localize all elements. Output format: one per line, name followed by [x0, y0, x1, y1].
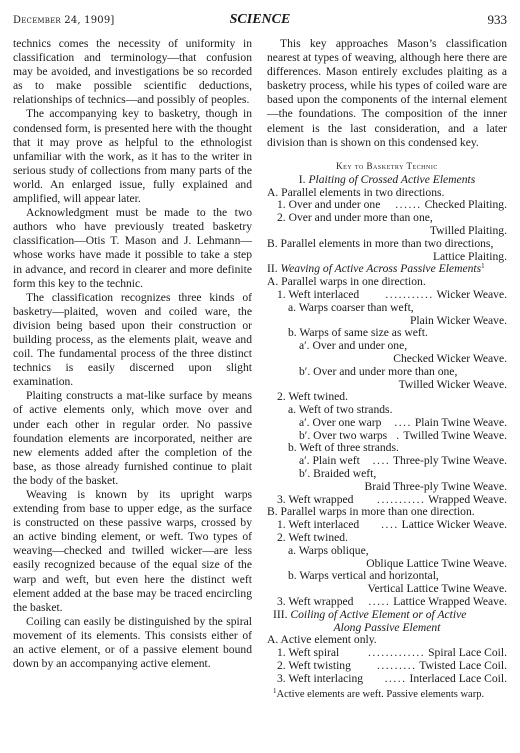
heading-text: Coiling of Active Element or of Active	[290, 608, 466, 621]
paragraph: Coiling can easily be distinguished by t…	[13, 615, 252, 671]
key-entry-value: ..... Interlaced Lace Coil.	[385, 673, 507, 686]
footnote-ref: 1	[481, 262, 485, 270]
heading-text: Along Passive Element	[334, 621, 441, 634]
key-entry-label: 3. Weft interlacing	[277, 673, 363, 686]
technique-name: Braid Three-ply Twine Weave.	[365, 480, 508, 493]
heading-text: Weaving of Active Across Passive Element…	[281, 262, 482, 275]
left-column: technics comes the necessity of uniformi…	[13, 37, 252, 671]
basketry-key: I. Plaiting of Crossed Active ElementsA.…	[267, 174, 507, 686]
heading-number: III.	[273, 608, 287, 621]
key-entry-label: 2. Over and under more than one,	[277, 212, 433, 225]
key-entry-value: .... Three-ply Twine Weave.	[373, 455, 507, 468]
footnote: 1Active elements are weft. Passive eleme…	[267, 689, 507, 702]
key-entry-label: 2. Weft twined.	[277, 532, 348, 545]
key-entry-label: a. Warps oblique,	[288, 545, 369, 558]
key-entry-label: a′. Over and under one,	[299, 340, 407, 353]
key-entry-label: a. Weft of two strands.	[288, 404, 392, 417]
technique-name: Vertical Lattice Twine Weave.	[368, 582, 507, 595]
key-entry: 2. Weft twined.	[267, 532, 507, 545]
technique-name: Three-ply Twine Weave.	[393, 454, 507, 467]
footnote-text: Active elements are weft. Passive elemen…	[277, 689, 485, 700]
key-entry-value: Checked Wicker Weave.	[393, 353, 507, 366]
technique-name: Lattice Wicker Weave.	[402, 518, 507, 531]
paragraph: The classification recognizes three kind…	[13, 291, 252, 390]
paragraph: Weaving is known by its upright warps ex…	[13, 488, 252, 615]
key-entry-label: 1. Weft interlaced	[277, 289, 359, 302]
key-section-heading: I. Plaiting of Crossed Active Elements	[267, 174, 507, 187]
technique-name: Spiral Lace Coil.	[428, 646, 507, 659]
key-entry-label: 2. Weft twisting	[277, 660, 351, 673]
leader-dots: .........	[377, 659, 417, 672]
leader-dots: ....	[394, 416, 412, 429]
paragraph: technics comes the necessity of uniformi…	[13, 37, 252, 107]
technique-name: Twisted Lace Coil.	[419, 659, 507, 672]
right-column: This key approaches Mason’s classificati…	[267, 37, 507, 701]
key-section-heading: III. Coiling of Active Element or of Act…	[267, 609, 507, 635]
key-entry-label: a. Warps coarser than weft,	[288, 302, 414, 315]
technique-name: Twilled Wicker Weave.	[399, 378, 507, 391]
technique-name: Lattice Wrapped Weave.	[393, 595, 507, 608]
leader-dots: ...........	[385, 288, 433, 301]
technique-name: Plain Twine Weave.	[415, 416, 507, 429]
leader-dots: .	[396, 429, 400, 442]
heading-text: Plaiting of Crossed Active Elements	[308, 173, 475, 186]
technique-name: Checked Plaiting.	[425, 198, 507, 211]
key-entry-value: Twilled Plaiting.	[430, 225, 507, 238]
technique-name: Interlaced Lace Coil.	[409, 672, 507, 685]
leader-dots: ....	[373, 454, 391, 467]
technique-name: Twilled Twine Weave.	[403, 429, 507, 442]
key-entry: Twilled Plaiting.	[267, 225, 507, 238]
technique-name: Twilled Plaiting.	[430, 224, 507, 237]
leader-dots: .............	[368, 646, 425, 659]
key-entry-value: . Twilled Twine Weave.	[396, 430, 507, 443]
paragraph: Plaiting constructs a mat-like surface b…	[13, 389, 252, 488]
technique-name: Wrapped Weave.	[428, 493, 507, 506]
page-number: 933	[488, 12, 508, 28]
heading-number: I.	[299, 173, 306, 186]
technique-name: Oblique Lattice Twine Weave.	[366, 557, 507, 570]
key-entry: 1. Weft interlaced........... Wicker Wea…	[267, 289, 507, 302]
paragraph: Acknowledgment must be made to the two a…	[13, 206, 252, 291]
leader-dots: .....	[368, 595, 390, 608]
journal-title: SCIENCE	[13, 12, 507, 28]
key-entry: 3. Weft interlacing..... Interlaced Lace…	[267, 673, 507, 686]
leader-dots: .....	[385, 672, 407, 685]
key-entry-label: a′. Over one warp	[299, 417, 381, 430]
leader-dots: ....	[381, 518, 399, 531]
leader-dots: ...........	[377, 493, 425, 506]
technique-name: Wicker Weave.	[437, 288, 508, 301]
technique-name: Checked Wicker Weave.	[393, 352, 507, 365]
paragraph: The accompanying key to basketry, though…	[13, 107, 252, 206]
intro-paragraph: This key approaches Mason’s classificati…	[267, 37, 507, 150]
key-entry-value: Twilled Wicker Weave.	[399, 379, 507, 392]
technique-name: Plain Wicker Weave.	[410, 314, 507, 327]
key-entry: Checked Wicker Weave.	[267, 353, 507, 366]
technique-name: Lattice Plaiting.	[433, 250, 507, 263]
leader-dots: ......	[395, 198, 421, 211]
heading-number: II.	[267, 262, 278, 275]
key-title: Key to Basketry Technic	[267, 159, 507, 173]
page-header: December 24, 1909] SCIENCE 933	[13, 12, 507, 28]
key-entry-value: .... Lattice Wicker Weave.	[381, 519, 507, 532]
key-entry-value: ........... Wicker Weave.	[385, 289, 507, 302]
